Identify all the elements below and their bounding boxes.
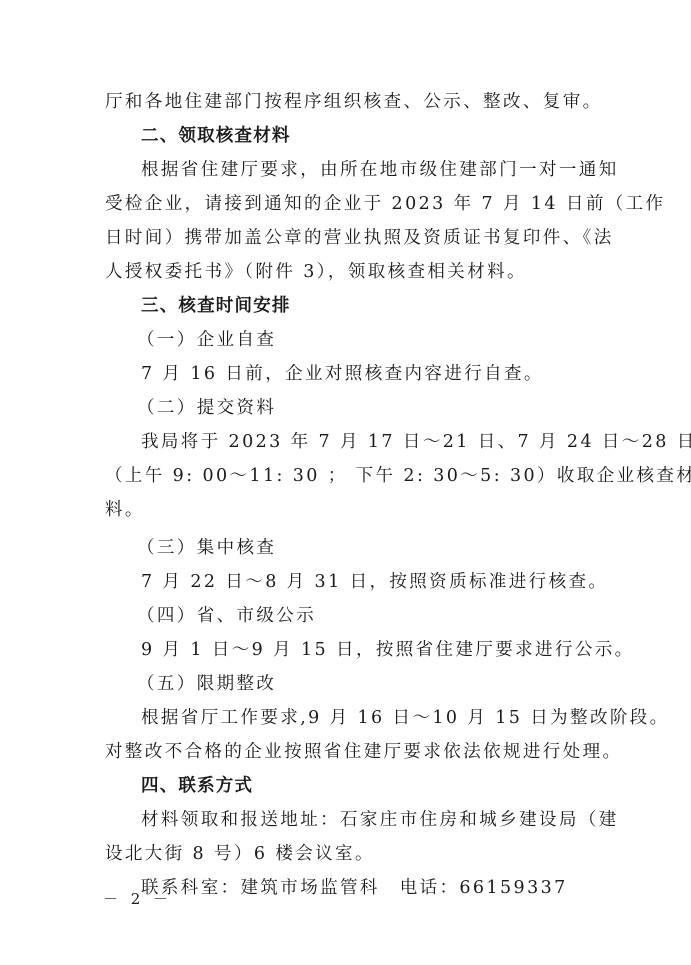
paragraph-line: 对整改不合格的企业按照省住建厅要求依法依规进行处理。 xyxy=(105,740,585,764)
paragraph-line: 根据省厅工作要求,9 月 16 日～10 月 15 日为整改阶段。 xyxy=(141,706,621,730)
paragraph-continuation: 厅和各地住建部门按程序组织核查、公示、整改、复审。 xyxy=(105,90,585,114)
subsection-heading-4: （四）省、市级公示 xyxy=(137,604,617,628)
contact-address-line: 材料领取和报送地址：石家庄市住房和城乡建设局（建 xyxy=(141,808,621,832)
paragraph-line: 7 月 16 日前，企业对照核查内容进行自查。 xyxy=(141,362,621,386)
subsection-heading-5: （五）限期整改 xyxy=(137,672,617,696)
paragraph-line: 日时间）携带加盖公章的营业执照及资质证书复印件、《法 xyxy=(105,226,585,250)
paragraph-line: 7 月 22 日～8 月 31 日，按照资质标准进行核查。 xyxy=(141,570,621,594)
paragraph-line: 料。 xyxy=(105,498,585,522)
paragraph-line: （上午 9: 00～11: 30 ； 下午 2: 30～5: 30）收取企业核查… xyxy=(105,464,585,488)
subsection-heading-1: （一）企业自查 xyxy=(137,328,617,352)
paragraph-line: 9 月 1 日～9 月 15 日，按照省住建厅要求进行公示。 xyxy=(141,638,621,662)
paragraph-line: 根据省住建厅要求，由所在地市级住建部门一对一通知 xyxy=(141,158,621,182)
contact-address-line: 设北大街 8 号）6 楼会议室。 xyxy=(105,842,585,866)
paragraph-line: 我局将于 2023 年 7 月 17 日～21 日、7 月 24 日～28 日 xyxy=(141,430,621,454)
section-heading-3: 三、核查时间安排 xyxy=(141,294,621,318)
contact-phone-line: 联系科室：建筑市场监管科 电话：66159337 xyxy=(141,876,621,900)
section-heading-2: 二、领取核查材料 xyxy=(141,124,621,148)
document-page: 厅和各地住建部门按程序组织核查、公示、整改、复审。 二、领取核查材料 根据省住建… xyxy=(0,0,691,965)
paragraph-line: 受检企业，请接到通知的企业于 2023 年 7 月 14 日前（工作 xyxy=(105,192,585,216)
page-number: － 2 － xyxy=(103,888,172,909)
section-heading-4: 四、联系方式 xyxy=(141,774,621,798)
subsection-heading-2: （二）提交资料 xyxy=(137,396,617,420)
paragraph-line: 人授权委托书》（附件 3），领取核查相关材料。 xyxy=(105,260,585,284)
subsection-heading-3: （三）集中核查 xyxy=(137,536,617,560)
